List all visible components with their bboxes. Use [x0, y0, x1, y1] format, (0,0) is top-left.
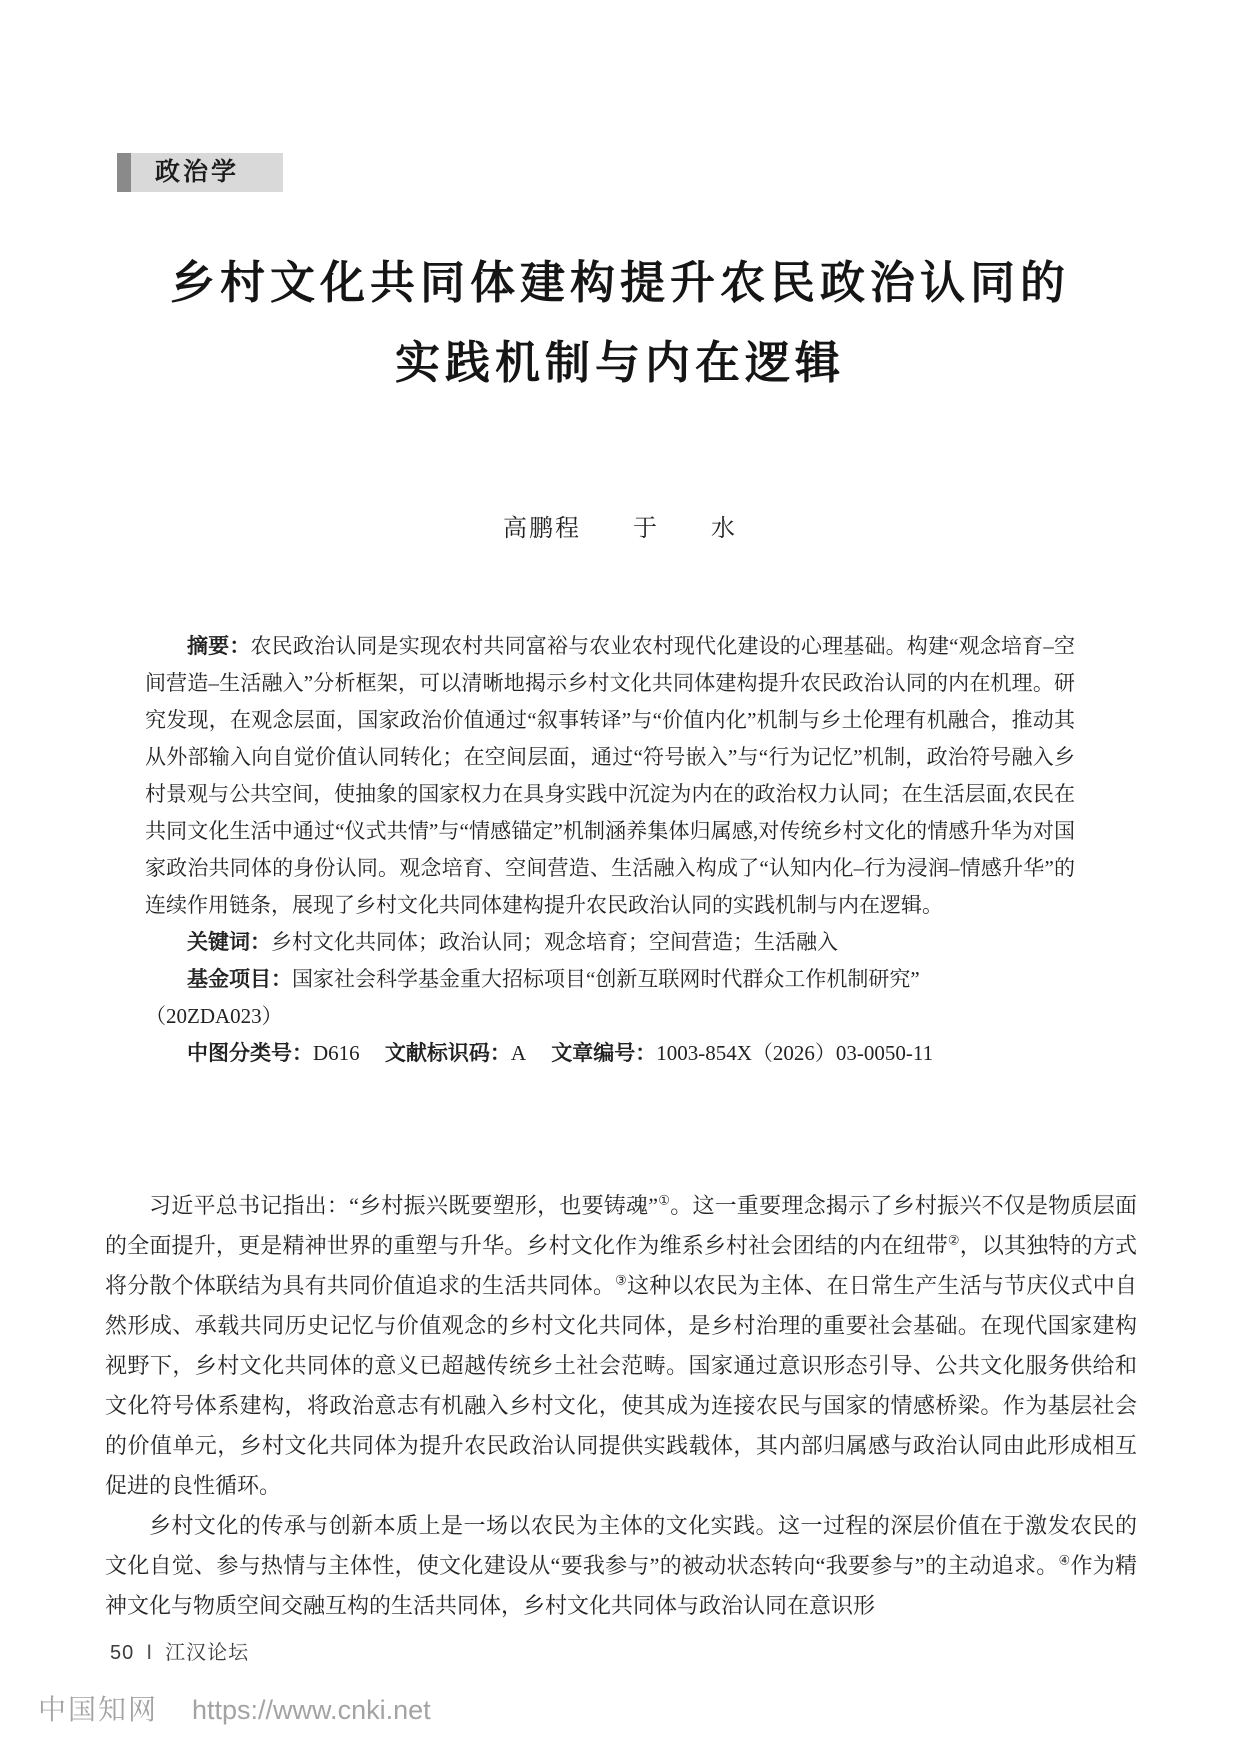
- body-paragraph-2: 乡村文化的传承与创新本质上是一场以农民为主体的文化实践。这一过程的深层价值在于激…: [105, 1506, 1137, 1626]
- keywords-label: 关键词：: [187, 931, 271, 954]
- category-label: 政治学: [131, 153, 283, 192]
- clc-value: D616: [313, 1041, 360, 1065]
- fund-line: 基金项目：国家社会科学基金重大招标项目“创新互联网时代群众工作机制研究”（20Z…: [145, 961, 1075, 1035]
- abstract-text: 农民政治认同是实现农村共同富裕与农业农村现代化建设的心理基础。构建“观念培育–空…: [145, 634, 1075, 917]
- cnki-watermark: 中国知网https://www.cnki.net: [38, 1688, 431, 1728]
- cnki-site-name: 中国知网: [38, 1695, 158, 1726]
- fund-label: 基金项目：: [187, 968, 292, 991]
- abstract-label: 摘要：: [187, 635, 251, 658]
- body-paragraph-1: 习近平总书记指出：“乡村振兴既要塑形，也要铸魂”①。这一重要理念揭示了乡村振兴不…: [105, 1186, 1137, 1506]
- keywords-line: 关键词：乡村文化共同体；政治认同；观念培育；空间营造；生活融入: [145, 924, 1075, 961]
- page-number: 50: [110, 1642, 134, 1664]
- cnki-url: https://www.cnki.net: [192, 1695, 431, 1725]
- badge-accent-bar: [117, 153, 131, 192]
- meta-line: 中图分类号：D616文献标识码：A文章编号：1003-854X（2026）03-…: [145, 1035, 1075, 1072]
- fund-grant-number: （20ZDA023）: [145, 998, 1075, 1035]
- journal-name: 江汉论坛: [165, 1642, 249, 1664]
- keywords-text: 乡村文化共同体；政治认同；观念培育；空间营造；生活融入: [271, 930, 838, 954]
- article-title-line2: 实践机制与内在逻辑: [0, 326, 1240, 391]
- authors: 高鹏程 于 水: [0, 508, 1240, 543]
- category-badge: 政治学: [117, 153, 283, 192]
- journal-page: 政治学 乡村文化共同体建构提升农民政治认同的 实践机制与内在逻辑 高鹏程 于 水…: [0, 0, 1240, 1753]
- fund-text: 国家社会科学基金重大招标项目“创新互联网时代群众工作机制研究”: [292, 967, 920, 991]
- doc-code-label: 文献标识码：: [385, 1042, 511, 1065]
- article-no-label: 文章编号：: [551, 1042, 656, 1065]
- footer-divider: Ⅰ: [146, 1642, 153, 1664]
- page-footer: 50Ⅰ江汉论坛: [110, 1636, 249, 1665]
- article-no-value: 1003-854X（2026）03-0050-11: [656, 1041, 933, 1065]
- article-body: 习近平总书记指出：“乡村振兴既要塑形，也要铸魂”①。这一重要理念揭示了乡村振兴不…: [105, 1186, 1137, 1626]
- abstract-paragraph: 摘要：农民政治认同是实现农村共同富裕与农业农村现代化建设的心理基础。构建“观念培…: [145, 628, 1075, 924]
- front-matter: 摘要：农民政治认同是实现农村共同富裕与农业农村现代化建设的心理基础。构建“观念培…: [145, 628, 1075, 1072]
- clc-label: 中图分类号：: [187, 1042, 313, 1065]
- article-title-line1: 乡村文化共同体建构提升农民政治认同的: [0, 246, 1240, 311]
- doc-code-value: A: [511, 1041, 526, 1065]
